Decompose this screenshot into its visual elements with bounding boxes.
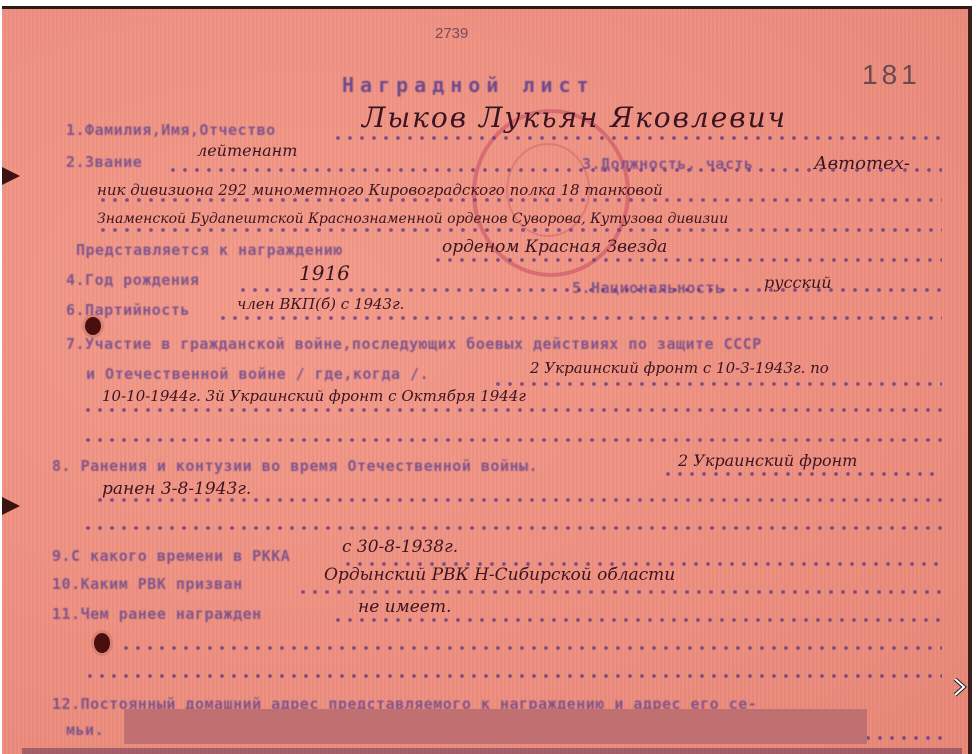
dotted-line — [97, 227, 942, 233]
dotted-line — [237, 287, 942, 293]
dotted-line — [120, 645, 942, 651]
birth-year-label: 4.Год рождения — [66, 271, 199, 289]
dotted-line — [432, 257, 942, 263]
dotted-line — [332, 135, 942, 141]
binding-notch — [2, 497, 20, 515]
dotted-line — [97, 197, 942, 203]
name-label: 1.Фамилия,Имя,Отчество — [66, 121, 276, 139]
rkka-value: с 30-8-1938г. — [342, 537, 458, 557]
punch-hole — [85, 317, 101, 335]
rank-value: лейтенант — [197, 141, 297, 160]
party-label: 6.Партийность — [66, 301, 190, 319]
service-label-2: и Отечественной войне / где,когда /. — [86, 365, 429, 383]
dotted-line — [84, 673, 942, 679]
chevron-right-icon — [952, 677, 968, 697]
dotted-line — [297, 589, 942, 595]
dotted-line — [862, 735, 942, 741]
position-value-3: Знаменской Будапештской Краснознаменной … — [97, 211, 728, 227]
rvk-value: Ордынский РВК Н-Сибирской области — [324, 565, 675, 585]
page-edge — [22, 748, 962, 754]
page-number: 181 — [862, 59, 921, 91]
redacted-address — [124, 709, 867, 744]
archive-number: 2739 — [435, 25, 468, 42]
birth-year-value: 1916 — [299, 261, 350, 285]
nominated-label: Представляется к награждению — [76, 241, 343, 259]
dotted-line — [82, 407, 942, 413]
wounds-value-2: ранен 3-8-1943г. — [102, 479, 251, 499]
dotted-line — [662, 471, 942, 477]
service-value-2: 10-10-1944г. 3й Украинский фронт с Октяб… — [102, 387, 526, 405]
rvk-label: 10.Каким РВК призван — [52, 575, 243, 593]
dotted-line — [94, 497, 942, 503]
service-label-1: 7.Участие в гражданской войне,последующи… — [66, 335, 762, 353]
dotted-line — [82, 437, 942, 443]
wounds-label: 8. Ранения и контузии во время Отечестве… — [52, 457, 538, 475]
punch-hole — [94, 633, 110, 653]
dotted-line — [82, 525, 942, 531]
wounds-value-1: 2 Украинский фронт — [678, 451, 857, 470]
prior-awards-label: 11.Чем ранее награжден — [52, 605, 262, 623]
rkka-label: 9.С какого времени в РККА — [52, 547, 290, 565]
dotted-line — [167, 167, 942, 173]
award-sheet: 2739 181 Наградной лист 1.Фамилия,Имя,От… — [2, 6, 972, 754]
document-viewer: 2739 181 Наградной лист 1.Фамилия,Имя,От… — [0, 0, 978, 754]
service-value-1: 2 Украинский фронт с 10-3-1943г. по — [530, 359, 829, 377]
rank-label: 2.Звание — [66, 153, 142, 171]
dotted-line — [217, 315, 942, 321]
name-value: Лыков Лукьян Яковлевич — [362, 101, 787, 134]
nominated-value: орденом Красная Звезда — [442, 237, 667, 257]
dotted-line — [492, 381, 942, 387]
binding-notch — [2, 167, 20, 185]
document-title: Наградной лист — [342, 73, 595, 97]
address-label-2: мьи. — [66, 721, 104, 739]
next-page-button[interactable] — [950, 675, 970, 699]
dotted-line — [332, 617, 942, 623]
party-value: член ВКП(б) с 1943г. — [237, 295, 404, 313]
prior-awards-value: не имеет. — [358, 597, 451, 617]
